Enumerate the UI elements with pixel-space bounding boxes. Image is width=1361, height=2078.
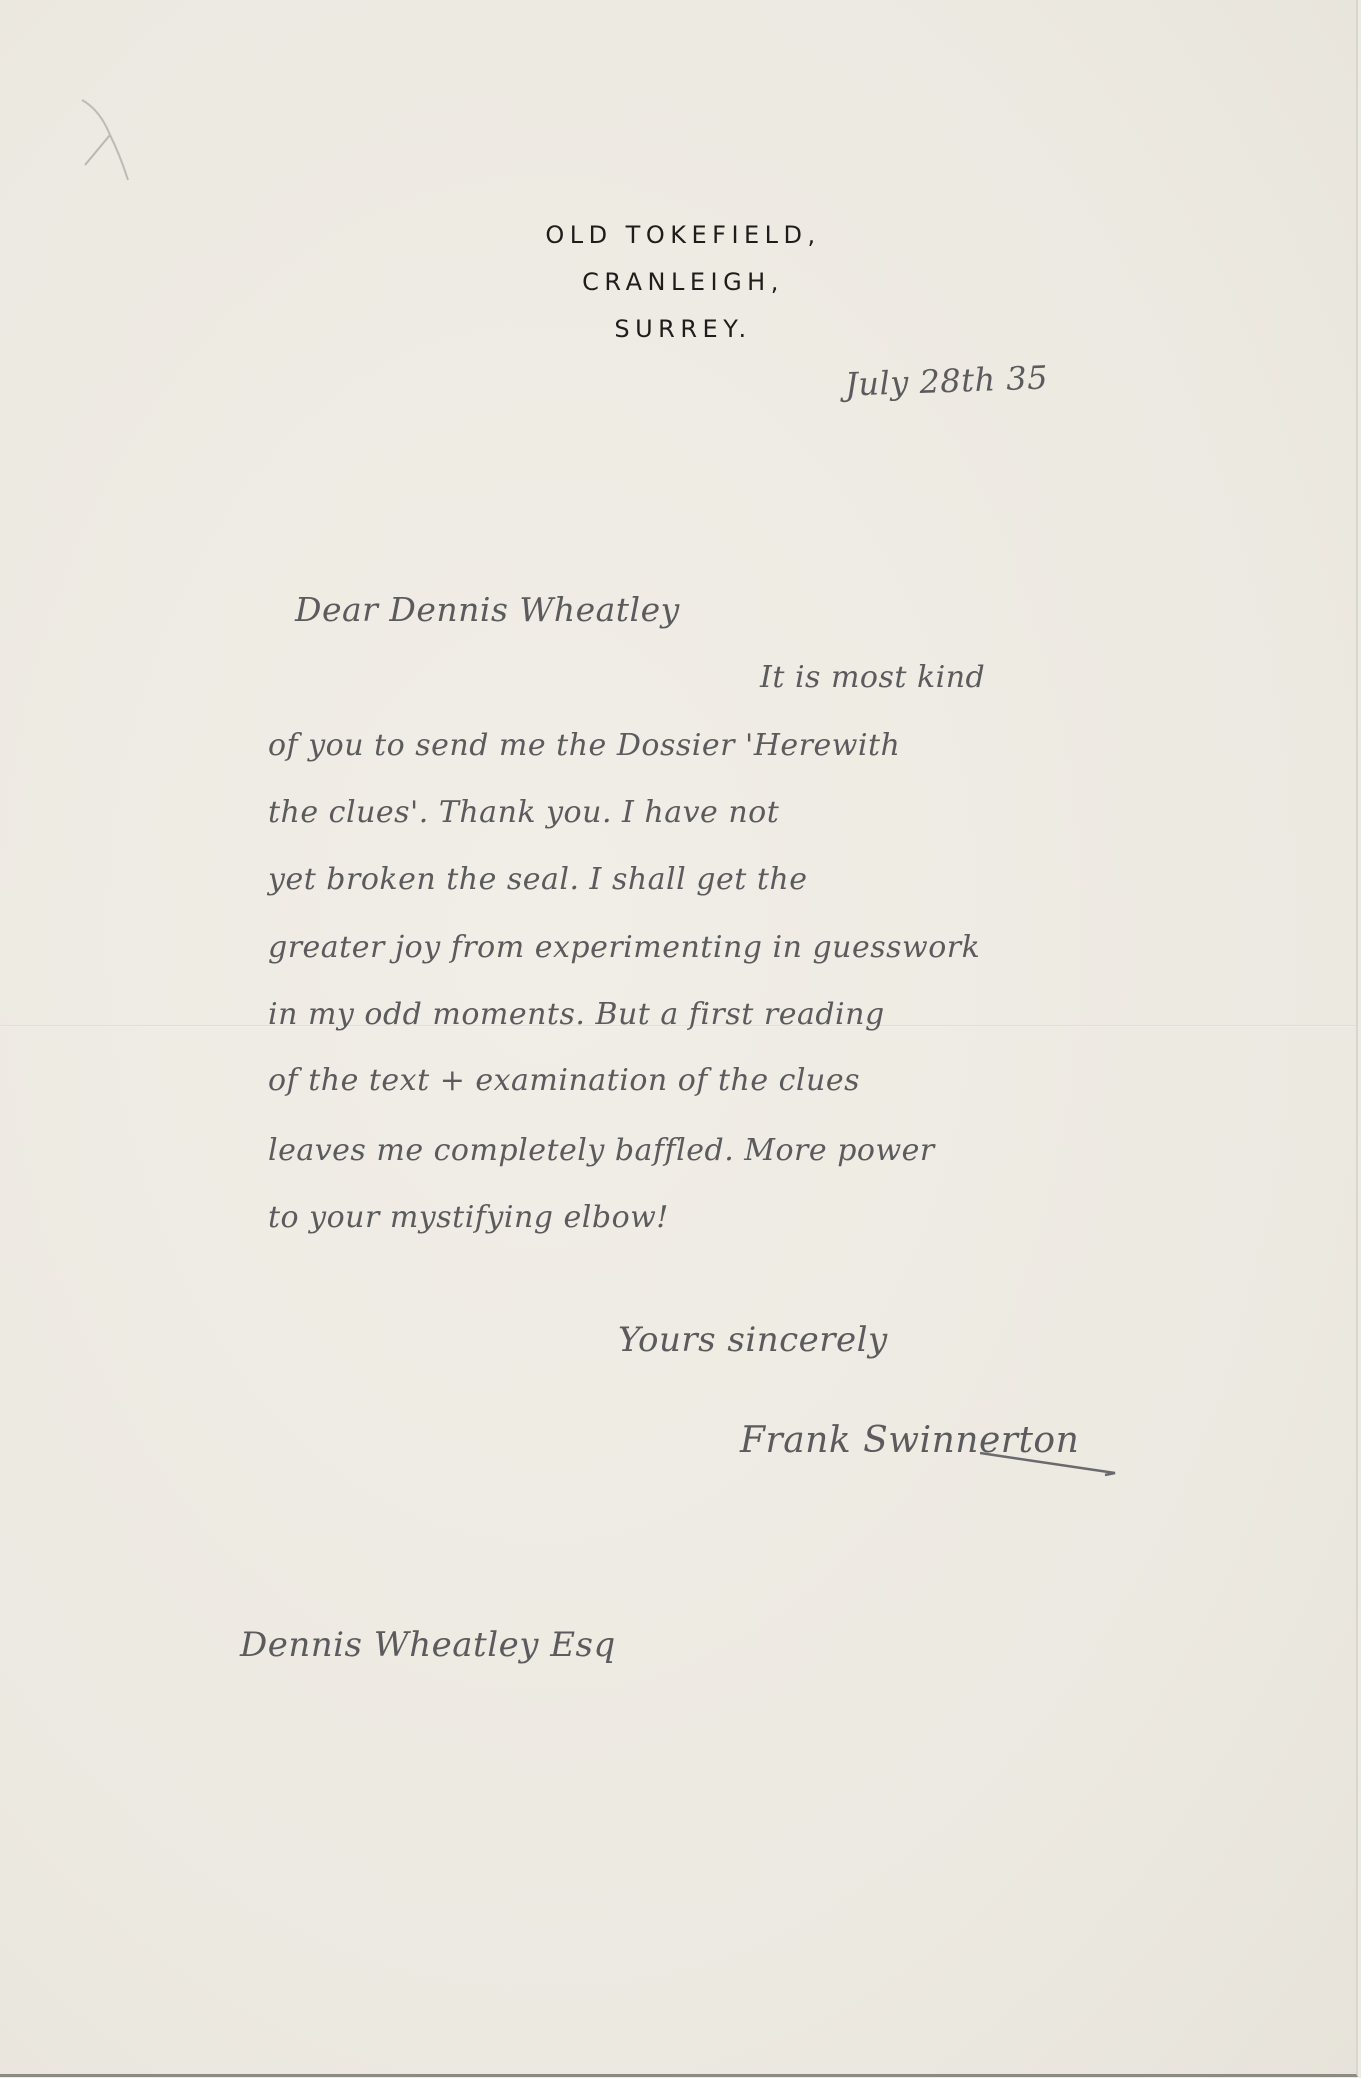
pencil-mark-icon [80, 95, 150, 185]
addressee: Dennis Wheatley Esq [240, 1625, 616, 1665]
body-line: greater joy from experimenting in guessw… [268, 930, 980, 965]
letter-paper: OLD TOKEFIELD, CRANLEIGH, SURREY. July 2… [0, 0, 1358, 2077]
salutation: Dear Dennis Wheatley [295, 590, 680, 629]
body-line: to your mystifying elbow! [268, 1200, 669, 1235]
letterhead-line-house: OLD TOKEFIELD, [10, 212, 1356, 259]
signature-flourish-icon [980, 1448, 1120, 1478]
body-line: leaves me completely baffled. More power [268, 1133, 935, 1168]
letterhead-line-town: CRANLEIGH, [10, 259, 1356, 306]
body-line: yet broken the seal. I shall get the [268, 862, 807, 897]
body-line: the clues'. Thank you. I have not [268, 795, 779, 830]
body-line: of you to send me the Dossier 'Herewith [268, 728, 900, 763]
letterhead: OLD TOKEFIELD, CRANLEIGH, SURREY. [0, 212, 1356, 353]
body-line: It is most kind [760, 660, 985, 695]
letter-date: July 28th 35 [844, 358, 1048, 403]
letterhead-line-county: SURREY. [10, 306, 1356, 353]
body-line: of the text + examination of the clues [268, 1063, 860, 1098]
closing: Yours sincerely [618, 1320, 888, 1360]
body-line: in my odd moments. But a first reading [268, 997, 885, 1032]
